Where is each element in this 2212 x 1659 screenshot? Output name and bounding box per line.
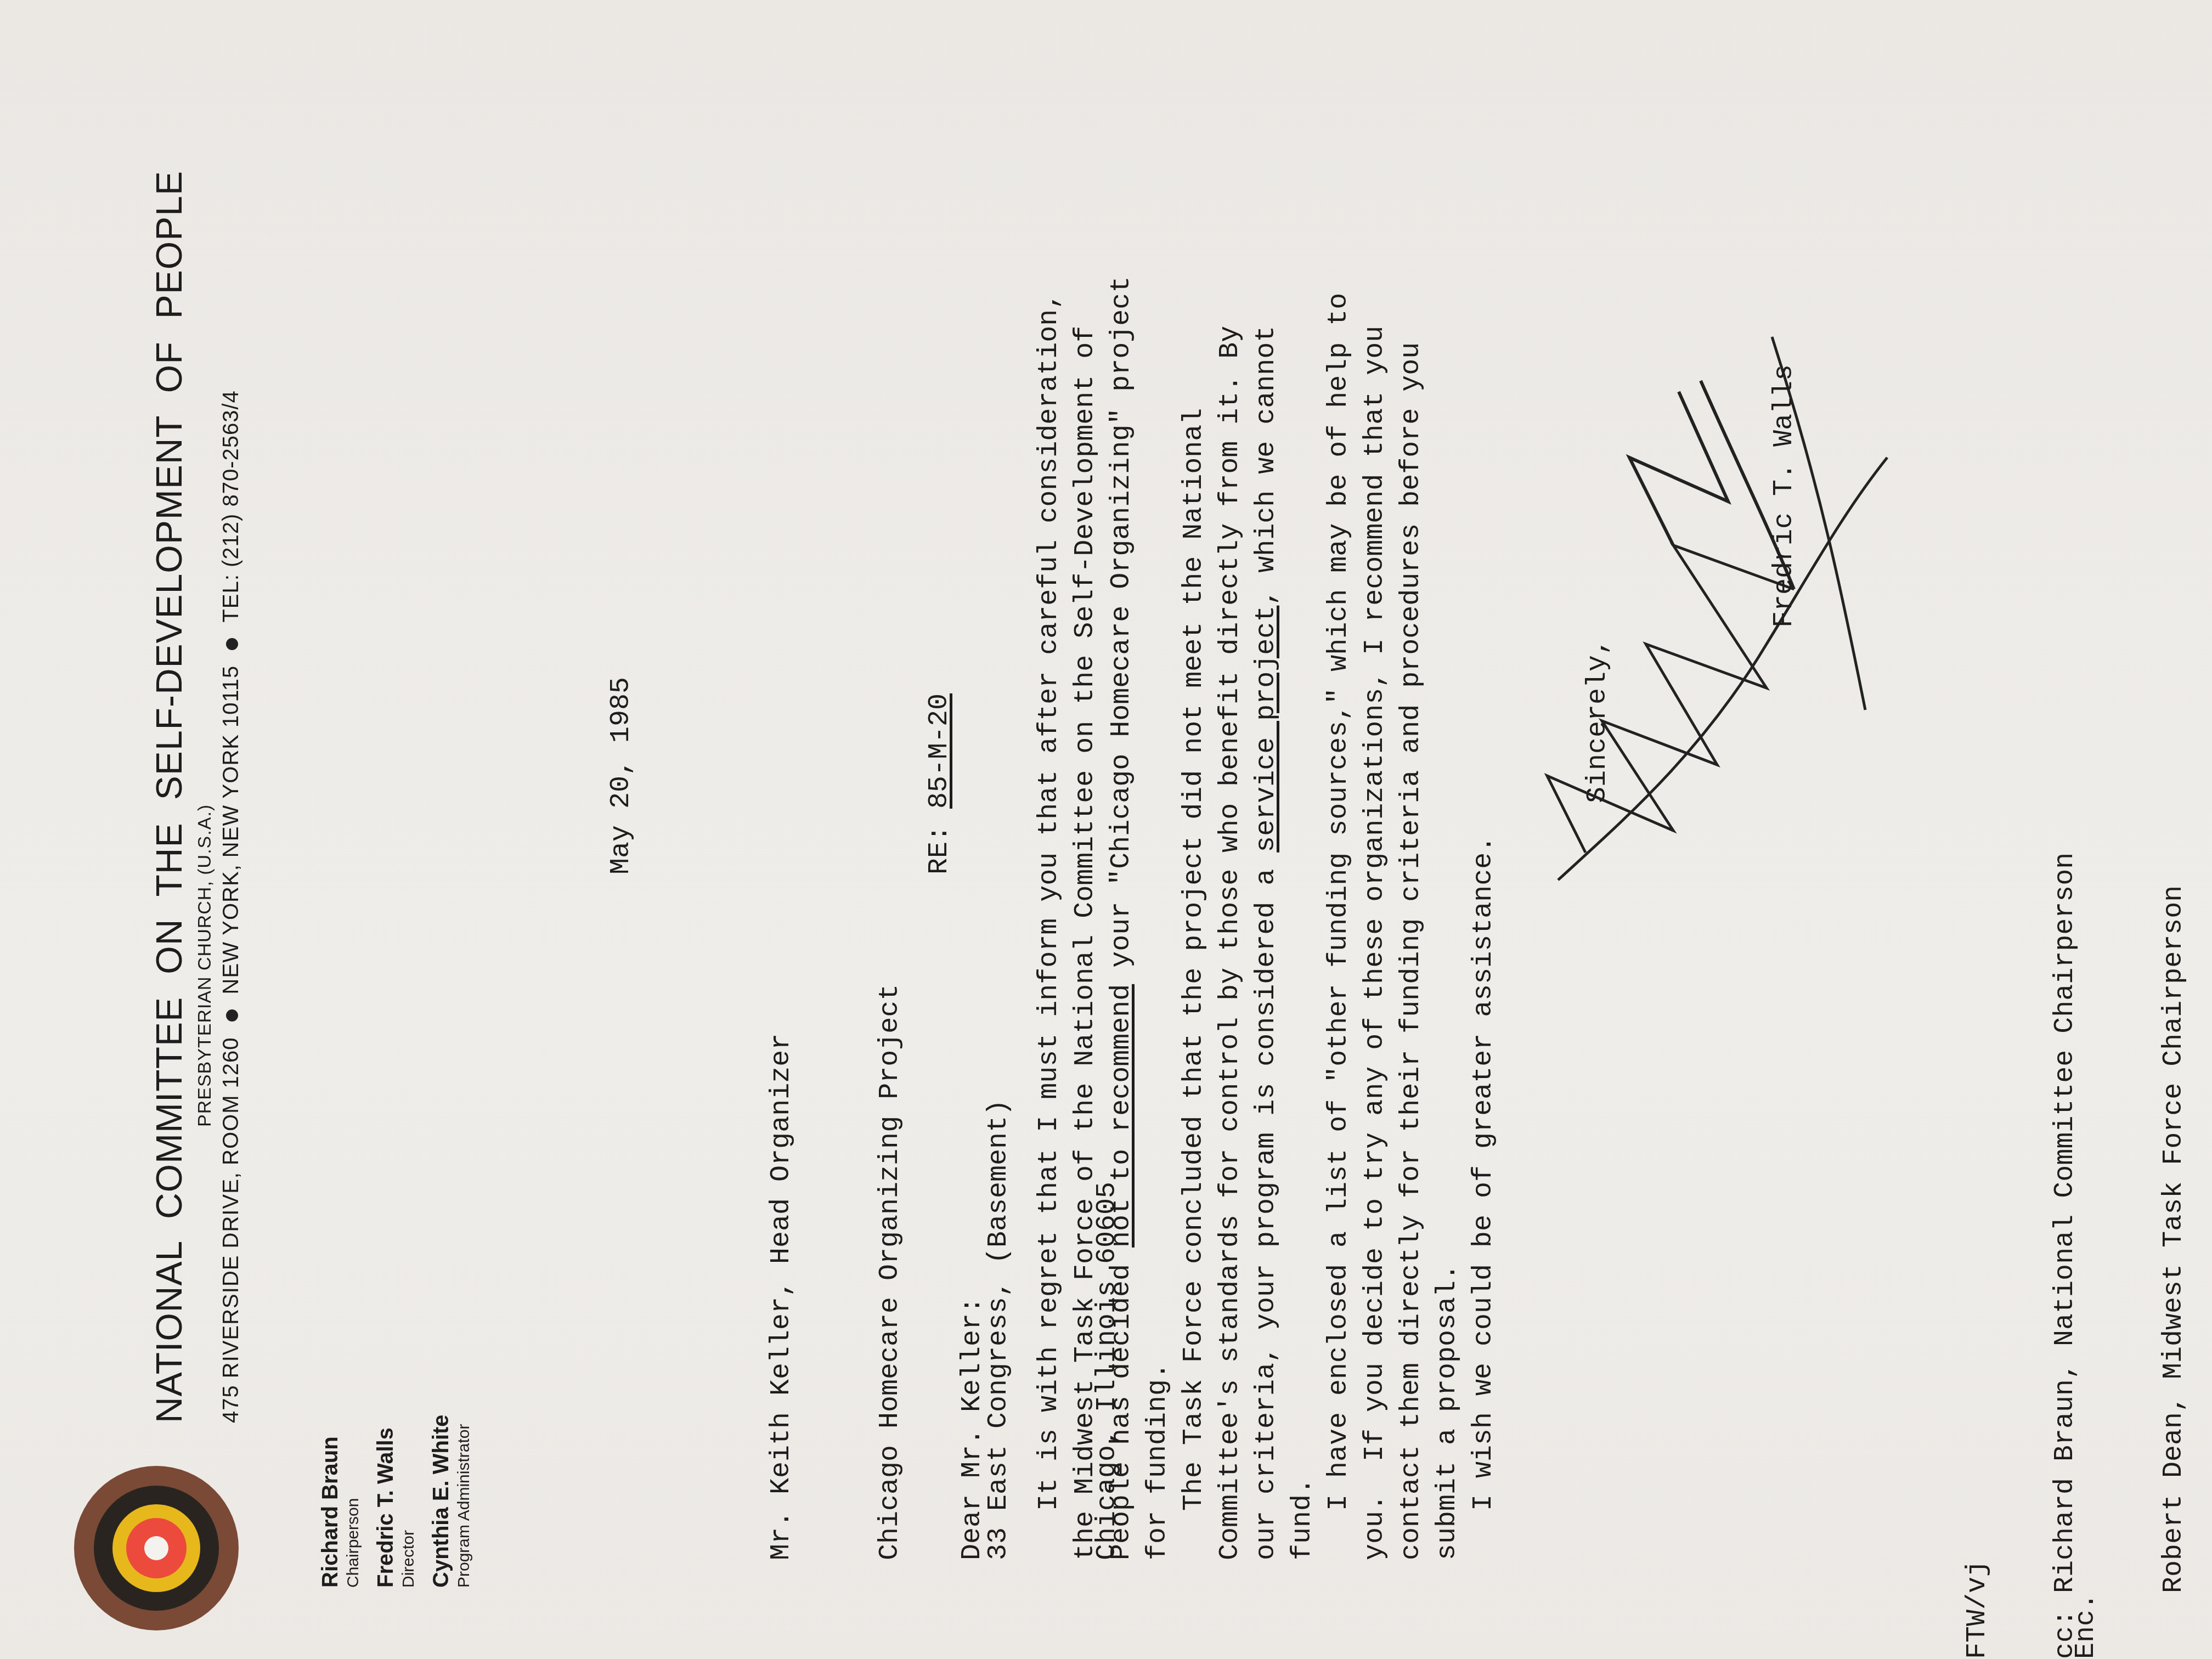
address-line: Mr. Keith Keller, Head Organizer bbox=[764, 984, 800, 1560]
cc-item: Robert Dean, Midwest Task Force Chairper… bbox=[2156, 474, 2192, 1659]
reference-label: RE: bbox=[924, 825, 955, 874]
reference-line: RE: 85-M-20 bbox=[922, 693, 958, 874]
salutation: Dear Mr. Keller: bbox=[955, 1297, 991, 1560]
staff-member: Cynthia E. White Program Administrator bbox=[429, 1414, 473, 1588]
contact-line: 475 RIVERSIDE DRIVE, ROOM 1260NEW YORK, … bbox=[219, 171, 244, 1423]
letter-page: NATIONAL COMMITTEE ON THE SELF-DEVELOPME… bbox=[0, 0, 2212, 1659]
bullet-icon bbox=[226, 1009, 238, 1022]
staff-list: Richard Braun Chairperson Fredric T. Wal… bbox=[307, 1414, 473, 1588]
body-line: fund. bbox=[1285, 276, 1321, 1560]
body-line: The Task Force concluded that the projec… bbox=[1176, 276, 1212, 1560]
body-line: It is with regret that I must inform you… bbox=[1031, 276, 1068, 1560]
staff-role: Chairperson bbox=[344, 1414, 363, 1588]
handwritten-signature bbox=[1536, 326, 1920, 929]
signer-name: Fredric T. Walls bbox=[1767, 364, 1803, 628]
body-line: our criteria, your program is considered… bbox=[1249, 276, 1285, 1560]
body-line: Committee's standards for control by tho… bbox=[1212, 276, 1249, 1560]
letter-date: May 20, 1985 bbox=[603, 677, 640, 874]
staff-member: Richard Braun Chairperson bbox=[318, 1414, 363, 1588]
city-address: NEW YORK, NEW YORK 10115 bbox=[219, 665, 243, 995]
body-line: for funding. bbox=[1140, 276, 1176, 1560]
body-line: People has decided not to recommend your… bbox=[1104, 276, 1140, 1560]
logo-ring bbox=[126, 1518, 187, 1578]
cc-item: cc: Richard Braun, National Committee Ch… bbox=[2047, 474, 2084, 1659]
letter-body: It is with regret that I must inform you… bbox=[1031, 276, 1502, 1560]
cc-label: cc: bbox=[2050, 1610, 2081, 1659]
street-address: 475 RIVERSIDE DRIVE, ROOM 1260 bbox=[219, 1037, 243, 1423]
church-affiliation: PRESBYTERIAN CHURCH, (U.S.A.) bbox=[194, 171, 216, 1127]
cc-list: cc: Richard Braun, National Committee Ch… bbox=[1975, 474, 2212, 1659]
concentric-circles-logo-icon bbox=[74, 1466, 239, 1630]
staff-name: Richard Braun bbox=[318, 1414, 343, 1588]
staff-role: Program Administrator bbox=[455, 1414, 473, 1588]
staff-name: Cynthia E. White bbox=[429, 1414, 454, 1588]
staff-name: Fredric T. Walls bbox=[374, 1414, 398, 1588]
logo-ring bbox=[112, 1504, 200, 1592]
organization-name: NATIONAL COMMITTEE ON THE SELF-DEVELOPME… bbox=[148, 171, 190, 1423]
reference-number: 85-M-20 bbox=[924, 693, 955, 809]
bullet-icon bbox=[226, 638, 238, 650]
body-line: you. If you decide to try any of these o… bbox=[1357, 276, 1393, 1560]
body-line: submit a proposal. bbox=[1430, 276, 1466, 1560]
address-line: Chicago Homecare Organizing Project bbox=[872, 984, 909, 1560]
logo-ring bbox=[74, 1466, 239, 1630]
letterhead: NATIONAL COMMITTEE ON THE SELF-DEVELOPME… bbox=[148, 171, 244, 1423]
phone-number: TEL: (212) 870-2563/4 bbox=[219, 390, 243, 622]
body-line: the Midwest Task Force of the National C… bbox=[1068, 276, 1104, 1560]
body-line: I wish we could be of greater assistance… bbox=[1466, 276, 1502, 1560]
logo-ring bbox=[144, 1536, 168, 1560]
body-line: contact them directly for their funding … bbox=[1393, 276, 1430, 1560]
staff-member: Fredric T. Walls Director bbox=[374, 1414, 418, 1588]
logo-ring bbox=[94, 1486, 219, 1611]
body-line: I have enclosed a list of "other funding… bbox=[1321, 276, 1357, 1560]
staff-role: Director bbox=[399, 1414, 418, 1588]
